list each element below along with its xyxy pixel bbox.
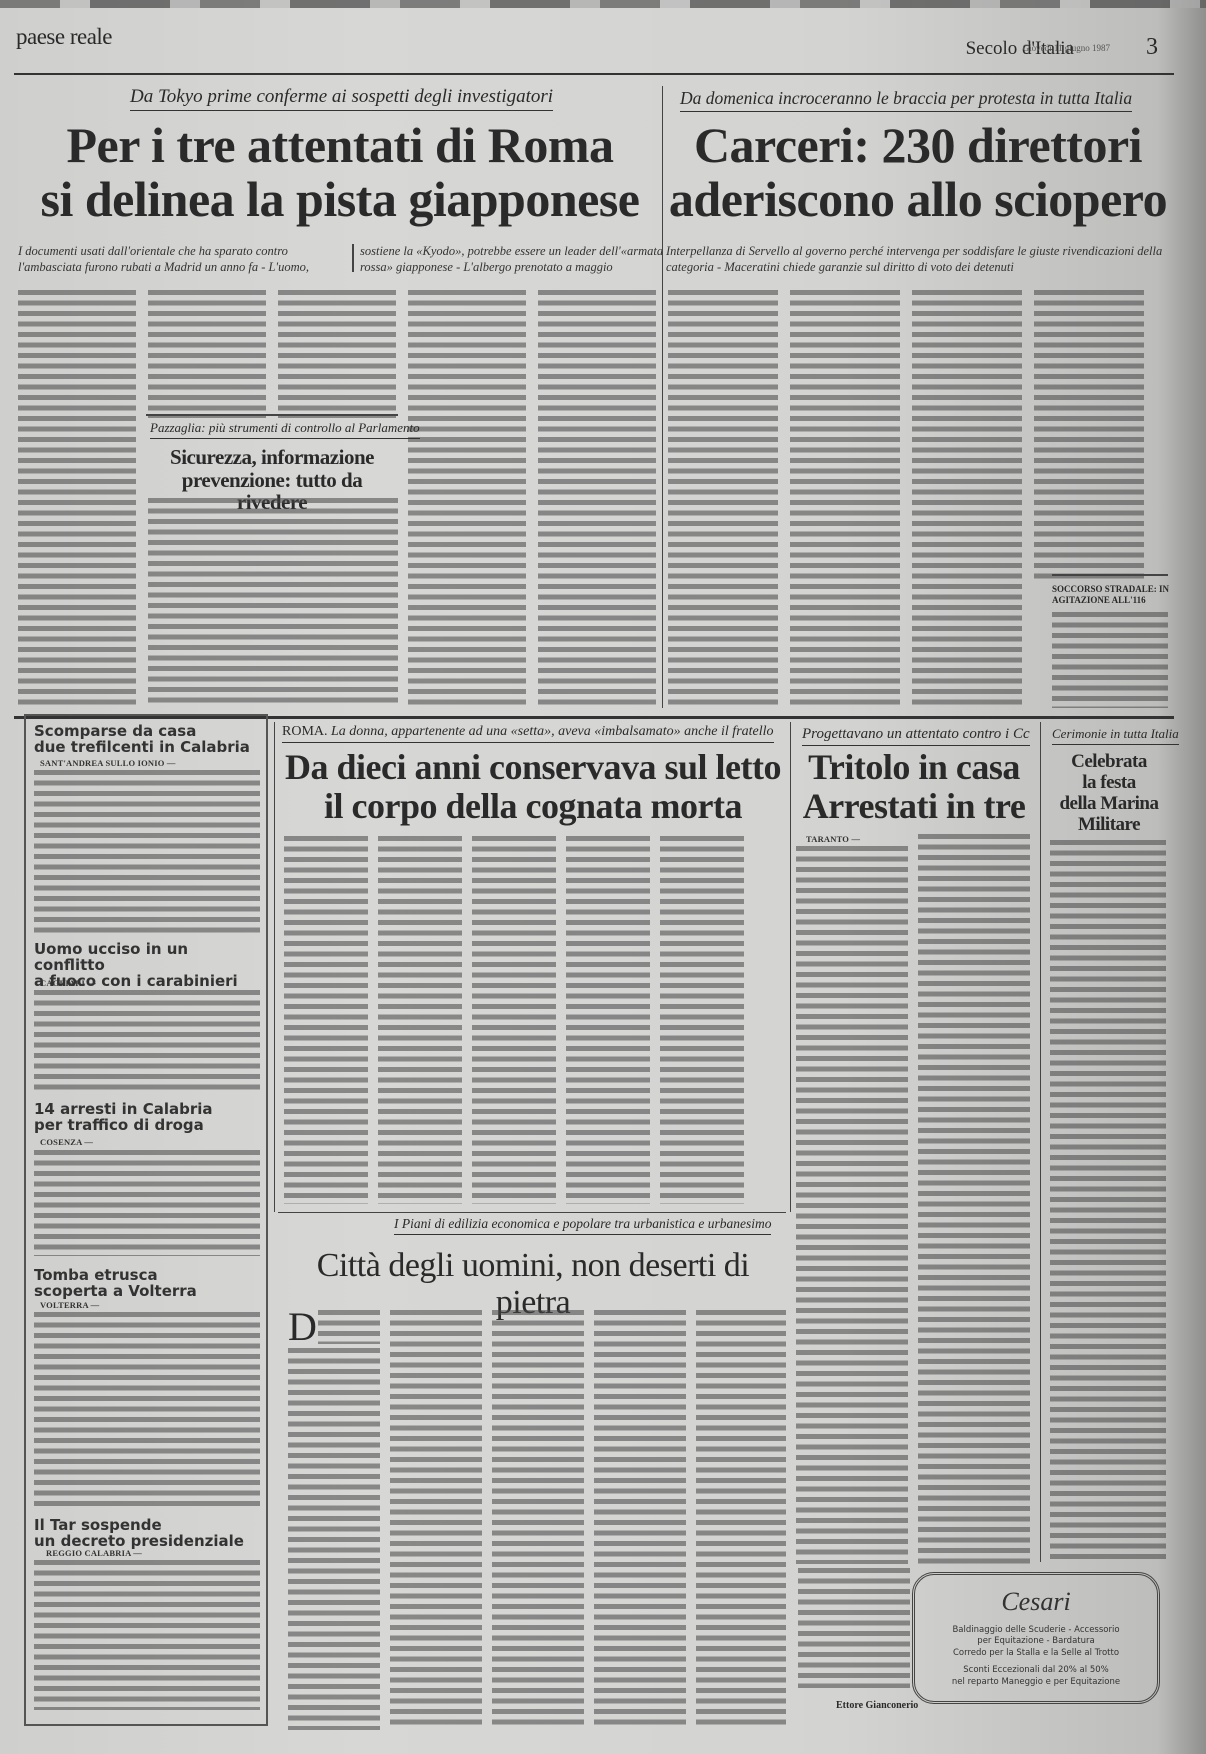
ad-line-2: per Equitazione - Bardatura [915, 1636, 1157, 1647]
citta-body-col2 [390, 1310, 482, 1730]
ad-line-5: nel reparto Maneggio e per Equitazione [915, 1677, 1157, 1688]
column-divider [1040, 722, 1041, 1562]
marina-body [1050, 840, 1166, 1560]
brief-2-title-line1: Uomo ucciso in un conflitto [34, 942, 264, 974]
tritolo-kicker: Progettavano un attentato contro i Cc [802, 726, 1030, 746]
cognata-body-col5 [660, 836, 744, 1204]
carceri-body-col3 [912, 290, 1022, 708]
marina-headline-line3: della Marina [1048, 794, 1170, 815]
cognata-body-col4 [566, 836, 650, 1204]
tritolo-headline-line2: Arrestati in tre [798, 787, 1030, 826]
cognata-headline-line1: Da dieci anni conservava sul letto [278, 748, 788, 787]
issue-date: Giovedì 11 giugno 1987 [1023, 43, 1110, 53]
tritolo-dateline: TARANTO — [806, 834, 860, 844]
sicurezza-body [148, 498, 398, 708]
tritolo-headline-line1: Tritolo in casa [798, 748, 1030, 787]
ad-line-3: Corredo per la Stalla e la Selle al Trot… [915, 1648, 1157, 1659]
tokyo-subhead-left: I documenti usati dall'orientale che ha … [18, 244, 344, 275]
citta-kicker: I Piani di edilizia economica e popolare… [394, 1216, 771, 1235]
tokyo-headline: Per i tre attentati di Roma si delinea l… [20, 118, 660, 226]
carceri-kicker: Da domenica incroceranno le braccia per … [680, 88, 1132, 112]
brief-1-title-line2: due trefilcenti in Calabria [34, 740, 264, 756]
tritolo-headline: Tritolo in casa Arrestati in tre [798, 748, 1030, 826]
soccorso-brief-body [1052, 612, 1168, 708]
cognata-kicker: ROMA. La donna, appartenente ad una «set… [282, 724, 774, 743]
brief-3-title-line2: per traffico di droga [34, 1118, 264, 1134]
sicurezza-headline-line1: Sicurezza, informazione [146, 446, 398, 469]
tokyo-headline-line2: si delinea la pista giapponese [20, 172, 660, 226]
brief-5-title: Il Tar sospende un decreto presidenziale [34, 1518, 264, 1550]
drop-cap: D [288, 1310, 317, 1344]
cognata-body-col2 [378, 836, 462, 1204]
advertisement: Cesari Baldinaggio delle Scuderie - Acce… [912, 1572, 1160, 1704]
tritolo-body-col2 [918, 834, 1030, 1564]
brief-2-dateline: CAGLIARI — [40, 978, 96, 988]
page-number: 3 [1146, 34, 1158, 61]
column-divider [274, 722, 275, 1212]
soccorso-brief-title: SOCCORSO STRADALE: IN AGITAZIONE ALL'116 [1052, 584, 1170, 606]
ad-line-1: Baldinaggio delle Scuderie - Accessorio [915, 1625, 1157, 1636]
tokyo-kicker: Da Tokyo prime conferme ai sospetti degl… [130, 86, 553, 111]
tokyo-headline-line1: Per i tre attentati di Roma [20, 118, 660, 172]
brief-1-title: Scomparse da casa due trefilcenti in Cal… [34, 724, 264, 756]
tokyo-subhead-right: sostiene la «Kyodo», potrebbe essere un … [360, 244, 670, 275]
marina-headline-line4: Militare [1048, 815, 1170, 836]
carceri-subhead: Interpellanza di Servello al governo per… [666, 244, 1176, 275]
cognata-body-col3 [472, 836, 556, 1204]
marina-headline: Celebrata la festa della Marina Militare [1048, 752, 1170, 836]
cognata-body-col1 [284, 836, 368, 1204]
brief-3-dateline: COSENZA — [40, 1137, 93, 1147]
tokyo-body-col4 [408, 290, 526, 708]
citta-body-col3 [492, 1310, 584, 1730]
sicurezza-kicker: Pazzaglia: più strumenti di controllo al… [150, 420, 420, 439]
brief-1-dateline: SANT'ANDREA SULLO IONIO — [40, 758, 176, 768]
brief-1-body [34, 770, 260, 934]
citta-author: Ettore Gianconerio [836, 1700, 918, 1711]
citta-body-col6 [798, 1568, 910, 1688]
carceri-body-col4 [1034, 290, 1144, 580]
header-rule [14, 73, 1174, 75]
brief-4-title: Tomba etrusca scoperta a Volterra [34, 1268, 264, 1300]
tritolo-body-col1 [796, 846, 908, 1564]
page-top-edge [0, 0, 1206, 8]
carceri-body-col1 [668, 290, 778, 708]
tokyo-body-col5 [538, 290, 656, 708]
sicurezza-rule [146, 414, 398, 416]
brief-rule [1052, 574, 1168, 576]
citta-body-col4 [594, 1310, 686, 1730]
marina-headline-line1: Celebrata [1048, 752, 1170, 773]
brief-5-body [34, 1560, 260, 1710]
section-label: paese reale [16, 24, 112, 50]
carceri-body-col2 [790, 290, 900, 708]
carceri-headline-line2: aderiscono allo sciopero [668, 172, 1168, 226]
tokyo-body-col1 [18, 290, 136, 708]
cognata-headline-line2: il corpo della cognata morta [278, 787, 788, 826]
citta-body-col1: D [288, 1310, 380, 1730]
ad-line-4: Sconti Eccezionali dal 20% al 50% [915, 1665, 1157, 1676]
carceri-headline: Carceri: 230 direttori aderiscono allo s… [668, 118, 1168, 226]
column-divider [790, 722, 791, 1212]
cognata-headline: Da dieci anni conservava sul letto il co… [278, 748, 788, 826]
brief-4-title-line2: scoperta a Volterra [34, 1284, 264, 1300]
brief-3-title: 14 arresti in Calabria per traffico di d… [34, 1102, 264, 1134]
ad-brand: Cesari [915, 1587, 1157, 1617]
brief-4-body [34, 1312, 260, 1508]
citta-rule [278, 1212, 786, 1213]
tokyo-body-col3 [278, 290, 396, 418]
brief-2-body [34, 990, 260, 1094]
brief-5-dateline: REGGIO CALABRIA — [46, 1548, 142, 1558]
citta-body-col5 [696, 1310, 786, 1730]
carceri-headline-line1: Carceri: 230 direttori [668, 118, 1168, 172]
column-divider [662, 86, 663, 708]
marina-headline-line2: la festa [1048, 773, 1170, 794]
subhead-divider [352, 244, 354, 272]
brief-4-dateline: VOLTERRA — [40, 1300, 99, 1310]
cognata-kicker-place: ROMA. [282, 724, 328, 739]
cognata-kicker-text: La donna, appartenente ad una «setta», a… [331, 724, 774, 739]
marina-kicker: Cerimonie in tutta Italia [1052, 726, 1179, 745]
tokyo-body-col2 [148, 290, 266, 418]
brief-3-body [34, 1150, 260, 1256]
